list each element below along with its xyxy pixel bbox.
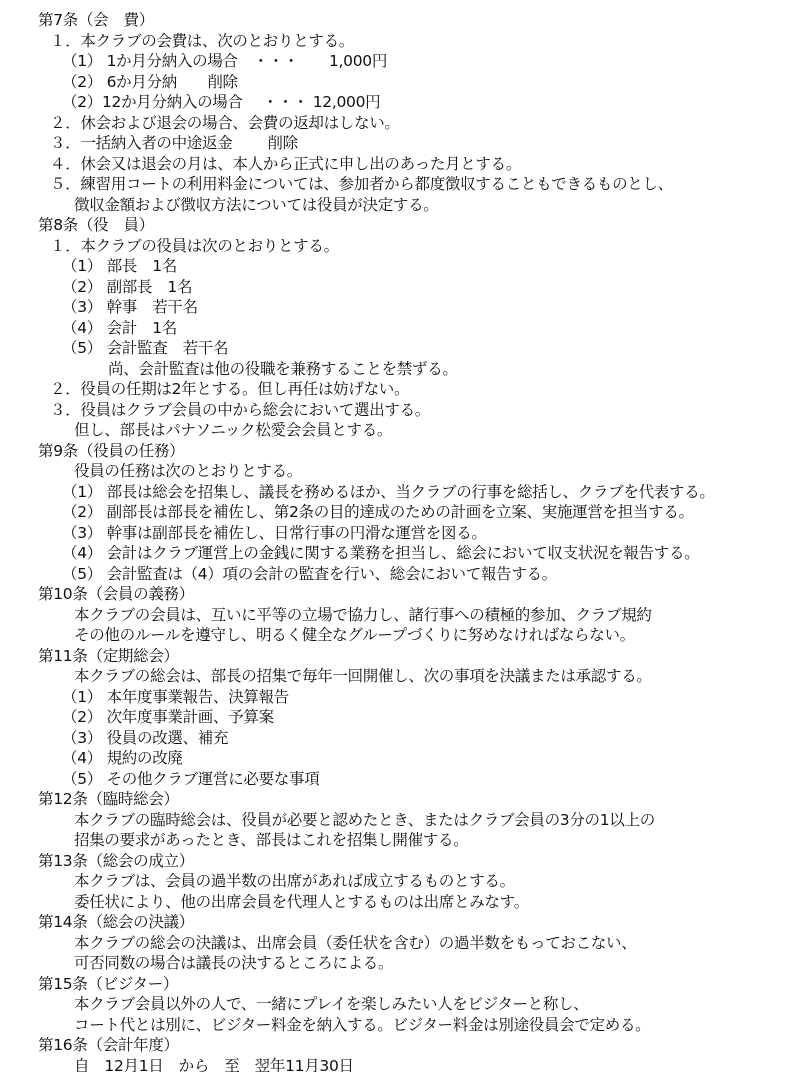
article-clause-line: （4） 会計 1名 xyxy=(38,318,798,339)
article-clause-line: （3） 幹事は副部長を補佐し、日常行事の円滑な運営を図る。 xyxy=(38,523,798,544)
article-clause-line: （2） 次年度事業計画、予算案 xyxy=(38,707,798,728)
article-clause-line: 本クラブの総会の決議は、出席会員（委任状を含む）の過半数をもっておこない、 xyxy=(38,933,798,954)
article-clause-line: （5） その他クラブ運営に必要な事項 xyxy=(38,769,798,790)
article-clause-line: 可否同数の場合は議長の決するところによる。 xyxy=(38,953,798,974)
article-clause-line: 本クラブ会員以外の人で、一緒にプレイを楽しみたい人をビジターと称し、 xyxy=(38,994,798,1015)
article-clause-line: 委任状により、他の出席会員を代理人とするものは出席とみなす。 xyxy=(38,892,798,913)
article-heading: 第10条（会員の義務） xyxy=(38,584,798,605)
article-section: 第13条（総会の成立）本クラブは、会員の過半数の出席があれば成立するものとする。… xyxy=(38,851,798,913)
article-clause-line: 本クラブの総会は、部長の招集で毎年一回開催し、次の事項を決議または承認する。 xyxy=(38,666,798,687)
article-heading: 第12条（臨時総会） xyxy=(38,789,798,810)
article-clause-line: コート代とは別に、ビジター料金を納入する。ビジター料金は別途役員会で定める。 xyxy=(38,1015,798,1036)
article-section: 第9条（役員の任務）役員の任務は次のとおりとする。（1） 部長は総会を招集し、議… xyxy=(38,441,798,585)
article-clause-line: （5） 会計監査は（4）項の会計の監査を行い、総会において報告する。 xyxy=(38,564,798,585)
article-clause-line: 招集の要求があったとき、部長はこれを招集し開催する。 xyxy=(38,830,798,851)
article-heading: 第14条（総会の決議） xyxy=(38,912,798,933)
article-clause-line: （2） 6か月分納 削除 xyxy=(38,72,798,93)
article-section: 第11条（定期総会）本クラブの総会は、部長の招集で毎年一回開催し、次の事項を決議… xyxy=(38,646,798,790)
article-section: 第16条（会計年度）自 12月1日 から 至 翌年11月30日 xyxy=(38,1035,798,1072)
article-clause-line: 本クラブは、会員の過半数の出席があれば成立するものとする。 xyxy=(38,871,798,892)
article-clause-line: （1） 部長 1名 xyxy=(38,256,798,277)
article-clause-line: （1） 1か月分納入の場合 ・・・ 1,000円 xyxy=(38,51,798,72)
article-heading: 第16条（会計年度） xyxy=(38,1035,798,1056)
article-clause-line: （3） 幹事 若干名 xyxy=(38,297,798,318)
article-clause-line: 本クラブの会員は、互いに平等の立場で協力し、諸行事への積極的参加、クラブ規約 xyxy=(38,605,798,626)
article-clause-line: （1） 本年度事業報告、決算報告 xyxy=(38,687,798,708)
article-heading: 第7条（会 費） xyxy=(38,10,798,31)
article-clause-line: （4） 会計はクラブ運営上の金銭に関する業務を担当し、総会において収支状況を報告… xyxy=(38,543,798,564)
article-clause-line: ３．一括納入者の中途返金 削除 xyxy=(38,133,798,154)
article-section: 第10条（会員の義務）本クラブの会員は、互いに平等の立場で協力し、諸行事への積極… xyxy=(38,584,798,646)
article-clause-line: ３．役員はクラブ会員の中から総会において選出する。 xyxy=(38,400,798,421)
article-section: 第12条（臨時総会）本クラブの臨時総会は、役員が必要と認めたとき、またはクラブ会… xyxy=(38,789,798,851)
article-heading: 第9条（役員の任務） xyxy=(38,441,798,462)
article-clause-line: 役員の任務は次のとおりとする。 xyxy=(38,461,798,482)
article-heading: 第8条（役 員） xyxy=(38,215,798,236)
article-section: 第7条（会 費）１．本クラブの会費は、次のとおりとする。（1） 1か月分納入の場… xyxy=(38,10,798,215)
article-heading: 第15条（ビジター） xyxy=(38,974,798,995)
article-heading: 第13条（総会の成立） xyxy=(38,851,798,872)
article-clause-line: １．本クラブの役員は次のとおりとする。 xyxy=(38,236,798,257)
article-clause-line: （2）12か月分納入の場合 ・・・ 12,000円 xyxy=(38,92,798,113)
article-section: 第15条（ビジター）本クラブ会員以外の人で、一緒にプレイを楽しみたい人をビジター… xyxy=(38,974,798,1036)
article-section: 第14条（総会の決議）本クラブの総会の決議は、出席会員（委任状を含む）の過半数を… xyxy=(38,912,798,974)
article-clause-line: ４．休会又は退会の月は、本人から正式に申し出のあった月とする。 xyxy=(38,154,798,175)
article-clause-line: （1） 部長は総会を招集し、議長を務めるほか、当クラブの行事を総括し、クラブを代… xyxy=(38,482,798,503)
article-clause-line: 自 12月1日 から 至 翌年11月30日 xyxy=(38,1056,798,1072)
article-clause-line: （3） 役員の改選、補充 xyxy=(38,728,798,749)
article-section: 第8条（役 員）１．本クラブの役員は次のとおりとする。（1） 部長 1名（2） … xyxy=(38,215,798,441)
article-heading: 第11条（定期総会） xyxy=(38,646,798,667)
article-clause-line: 但し、部長はパナソニック松愛会会員とする。 xyxy=(38,420,798,441)
article-clause-line: 尚、会計監査は他の役職を兼務することを禁ずる。 xyxy=(38,359,798,380)
article-clause-line: （2） 副部長は部長を補佐し、第2条の目的達成のための計画を立案、実施運営を担当… xyxy=(38,502,798,523)
article-clause-line: （4） 規約の改廃 xyxy=(38,748,798,769)
article-clause-line: ５．練習用コートの利用料金については、参加者から都度徴収することもできるものとし… xyxy=(38,174,798,195)
bylaws-document: 第7条（会 費）１．本クラブの会費は、次のとおりとする。（1） 1か月分納入の場… xyxy=(38,10,798,1072)
article-clause-line: ２．役員の任期は2年とする。但し再任は妨げない。 xyxy=(38,379,798,400)
article-clause-line: （5） 会計監査 若干名 xyxy=(38,338,798,359)
article-clause-line: 本クラブの臨時総会は、役員が必要と認めたとき、またはクラブ会員の3分の1以上の xyxy=(38,810,798,831)
article-clause-line: その他のルールを遵守し、明るく健全なグループづくりに努めなければならない。 xyxy=(38,625,798,646)
article-clause-line: ２．休会および退会の場合、会費の返却はしない。 xyxy=(38,113,798,134)
article-clause-line: １．本クラブの会費は、次のとおりとする。 xyxy=(38,31,798,52)
article-clause-line: （2） 副部長 1名 xyxy=(38,277,798,298)
article-clause-line: 徴収金額および徴収方法については役員が決定する。 xyxy=(38,195,798,216)
